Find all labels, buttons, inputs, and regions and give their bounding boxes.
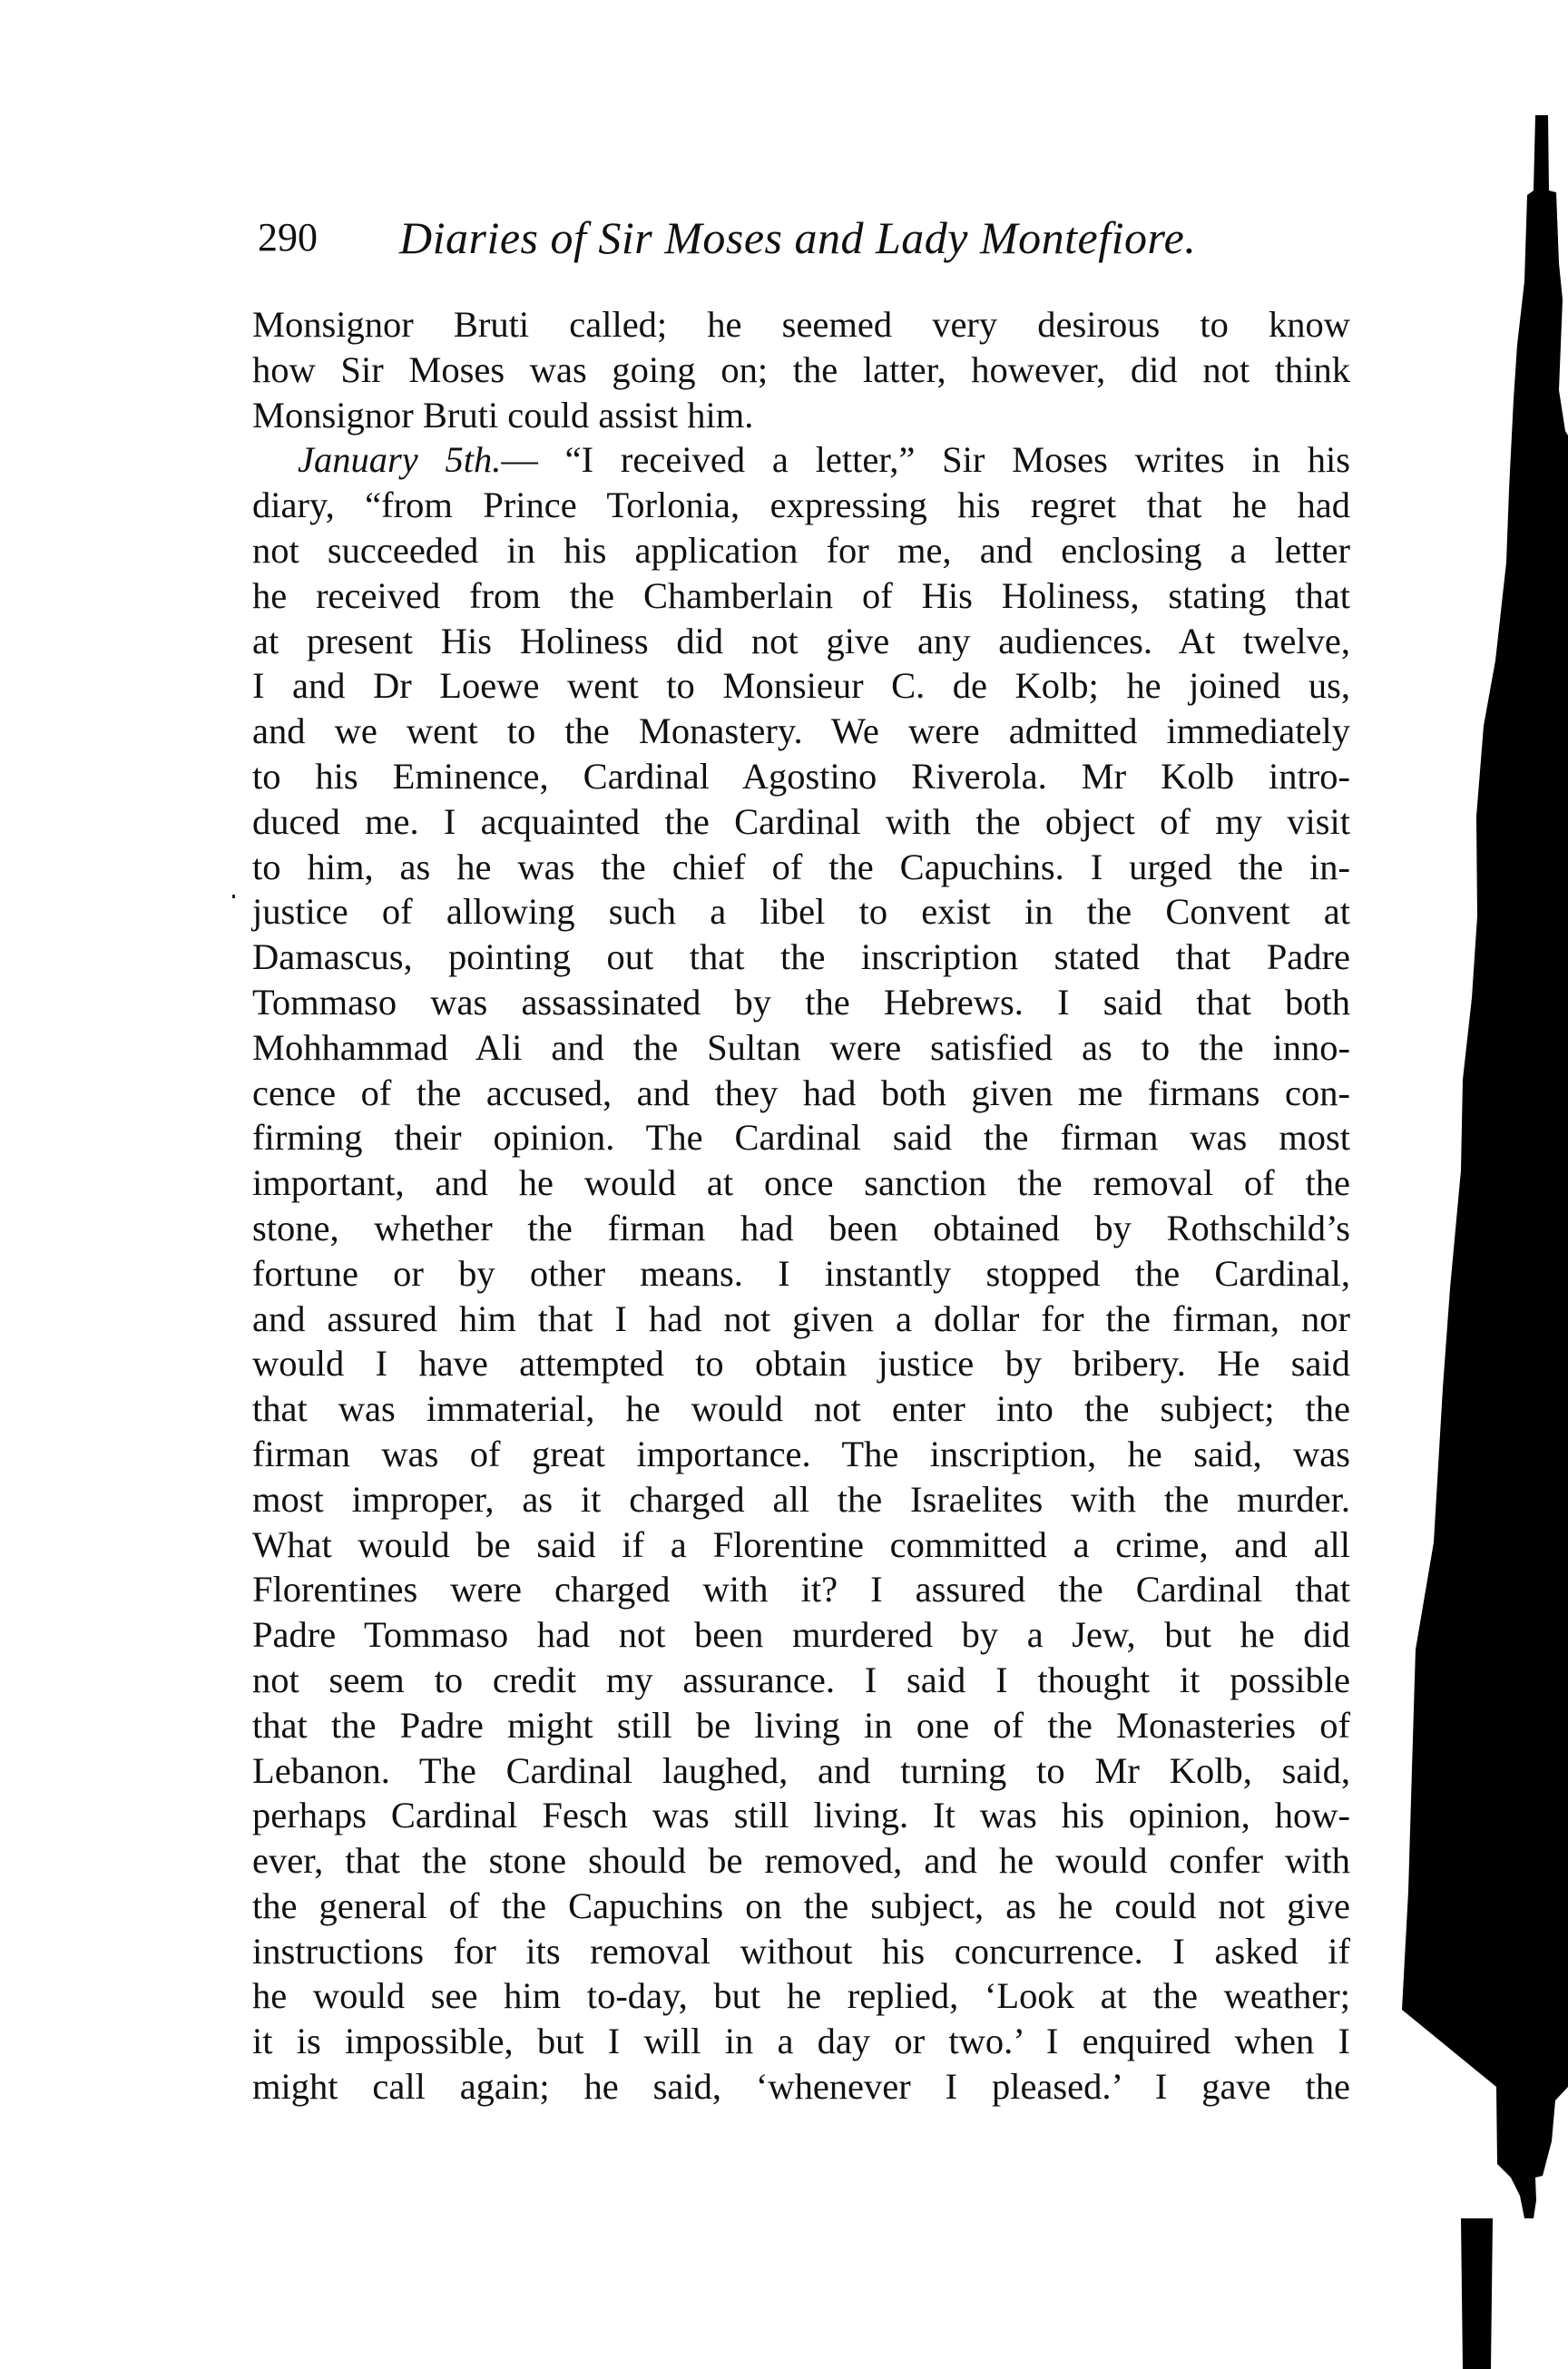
text-line: perhaps Cardinal Fesch was still living.… xyxy=(252,1793,1350,1838)
text-line: the general of the Capuchins on the subj… xyxy=(252,1884,1350,1929)
text-line: What would be said if a Florentine commi… xyxy=(252,1522,1350,1568)
text-line: Lebanon. The Cardinal laughed, and turni… xyxy=(252,1748,1350,1794)
running-head: 290 Diaries of Sir Moses and Lady Montef… xyxy=(258,210,1220,265)
text-line: at present His Holiness did not give any… xyxy=(252,619,1350,664)
text-line: firming their opinion. The Cardinal said… xyxy=(252,1115,1350,1160)
text-line: Florentines were charged with it? I assu… xyxy=(252,1567,1350,1612)
text-line: ever, that the stone should be removed, … xyxy=(252,1838,1350,1884)
text-line: I and Dr Loewe went to Monsieur C. de Ko… xyxy=(252,663,1350,709)
running-title: Diaries of Sir Moses and Lady Montefiore… xyxy=(399,210,1196,265)
text-line: Monsignor Bruti could assist him. xyxy=(252,393,1350,438)
text-line: Damascus, pointing out that the inscript… xyxy=(252,935,1350,980)
text-line: that the Padre might still be living in … xyxy=(252,1703,1350,1748)
text-line: important, and he would at once sanction… xyxy=(252,1160,1350,1206)
text-line: cence of the accused, and they had both … xyxy=(252,1071,1350,1116)
text-line: and we went to the Monastery. We were ad… xyxy=(252,709,1350,754)
text-line: fortune or by other means. I instantly s… xyxy=(252,1251,1350,1297)
text-line: he received from the Chamberlain of His … xyxy=(252,573,1350,619)
page-number: 290 xyxy=(258,210,318,265)
text-line: would I have attempted to obtain justice… xyxy=(252,1341,1350,1386)
text-line: not seem to credit my assurance. I said … xyxy=(252,1658,1350,1703)
text-line: that was immaterial, he would not enter … xyxy=(252,1386,1350,1432)
text-line: stone, whether the firman had been obtai… xyxy=(252,1206,1350,1251)
text-line: Monsignor Bruti called; he seemed very d… xyxy=(252,302,1350,348)
text-line: most improper, as it charged all the Isr… xyxy=(252,1477,1350,1522)
text-line: to him, as he was the chief of the Capuc… xyxy=(252,845,1350,890)
text-line: instructions for its removal without his… xyxy=(252,1929,1350,1974)
body-text: Monsignor Bruti called; he seemed very d… xyxy=(252,302,1350,2110)
text-line: to his Eminence, Cardinal Agostino River… xyxy=(252,754,1350,799)
text-line: he would see him to-day, but he replied,… xyxy=(252,1973,1350,2019)
date-heading: January 5th. xyxy=(298,439,501,480)
text-line: it is impossible, but I will in a day or… xyxy=(252,2019,1350,2064)
text-line: duced me. I acquainted the Cardinal with… xyxy=(252,799,1350,845)
text-line: firman was of great importance. The insc… xyxy=(252,1432,1350,1477)
text-line: Mohhammad Ali and the Sultan were satisf… xyxy=(252,1025,1350,1071)
text-line: diary, “from Prince Torlonia, expressing… xyxy=(252,483,1350,528)
text-line: how Sir Moses was going on; the latter, … xyxy=(252,348,1350,393)
text-line: not succeeded in his application for me,… xyxy=(252,528,1350,573)
text-line: Tommaso was assassinated by the Hebrews.… xyxy=(252,980,1350,1025)
text-line: and assured him that I had not given a d… xyxy=(252,1297,1350,1342)
text-line: justice of allowing such a libel to exis… xyxy=(252,889,1350,935)
margin-speck xyxy=(232,895,235,898)
book-page: 290 Diaries of Sir Moses and Lady Montef… xyxy=(0,0,1568,2369)
text-line-rest: — “I received a letter,” Sir Moses write… xyxy=(501,439,1350,480)
text-line-date: January 5th.— “I received a letter,” Sir… xyxy=(252,437,1350,483)
text-line: Padre Tommaso had not been murdered by a… xyxy=(252,1612,1350,1658)
text-line: might call again; he said, ‘whenever I p… xyxy=(252,2064,1350,2110)
